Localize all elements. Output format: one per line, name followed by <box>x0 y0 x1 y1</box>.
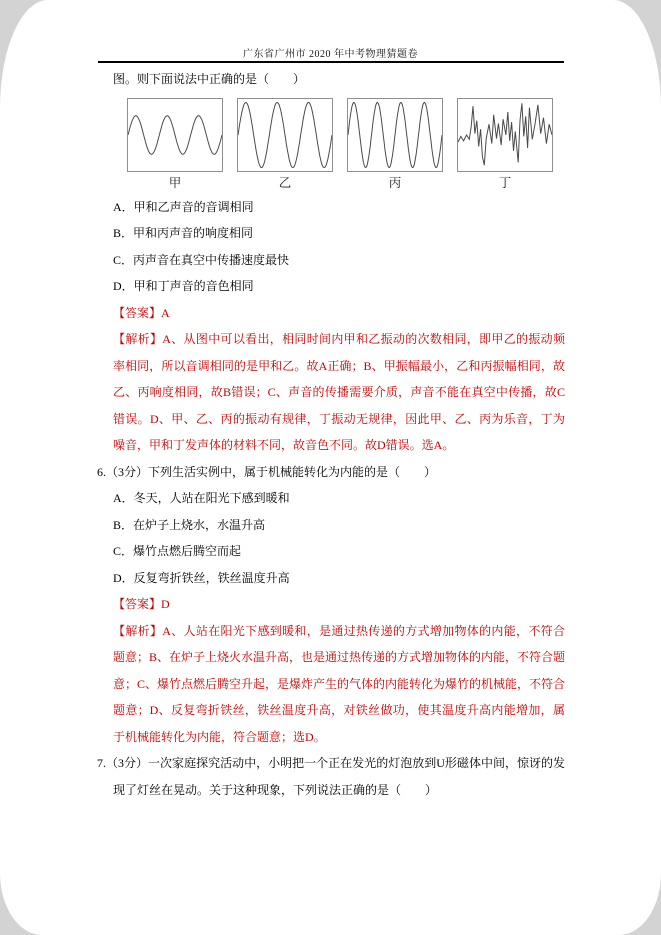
option-item: B．甲和丙声音的响度相同 <box>97 220 565 247</box>
analysis-label: 【解析】 <box>113 624 162 638</box>
waveform-figure: 丙 <box>347 98 443 192</box>
answer-value: D <box>161 597 170 611</box>
question6-options: A．冬天，人站在阳光下感到暖和B．在炉子上烧水，水温升高C．爆竹点燃后腾空而起D… <box>97 485 565 591</box>
waveform-figures: 甲乙丙丁 <box>127 98 565 192</box>
option-item: D．反复弯折铁丝，铁丝温度升高 <box>97 565 565 592</box>
answer-line: 【答案】D <box>97 591 565 618</box>
analysis-label: 【解析】 <box>113 332 162 346</box>
header-divider <box>98 61 564 63</box>
question6-stem: 6.（3分）下列生活实例中，属于机械能转化为内能的是（ ） <box>97 459 565 486</box>
document-content: 图。则下面说法中正确的是（ ） 甲乙丙丁 A．甲和乙声音的音调相同B．甲和丙声音… <box>97 66 565 803</box>
question7-stem: 7.（3分）一次家庭探究活动中，小明把一个正在发光的灯泡放到U形磁体中间，惊讶的… <box>97 750 565 803</box>
analysis-paragraph: 【解析】A、从图中可以看出，相同时间内甲和乙振动的次数相同，即甲乙的振动频率相同… <box>97 326 565 459</box>
question5-stem: 图。则下面说法中正确的是（ ） <box>97 66 565 93</box>
waveform-figure: 甲 <box>127 98 223 192</box>
waveform-label: 丁 <box>457 174 553 192</box>
waveform-box-乙 <box>237 98 333 172</box>
option-item: B．在炉子上烧水，水温升高 <box>97 512 565 539</box>
document-page: 广东省广州市 2020 年中考物理猜题卷 图。则下面说法中正确的是（ ） 甲乙丙… <box>0 0 661 935</box>
option-item: C．丙声音在真空中传播速度最快 <box>97 247 565 274</box>
waveform-figure: 丁 <box>457 98 553 192</box>
option-item: A．甲和乙声音的音调相同 <box>97 194 565 221</box>
document-title: 广东省广州市 2020 年中考物理猜题卷 <box>0 45 661 60</box>
answer-label: 【答案】 <box>113 306 161 320</box>
waveform-label: 丙 <box>347 174 443 192</box>
option-item: D．甲和丁声音的音色相同 <box>97 273 565 300</box>
analysis-text: A、从图中可以看出，相同时间内甲和乙振动的次数相同，即甲乙的振动频率相同，所以音… <box>113 332 565 452</box>
waveform-box-甲 <box>127 98 223 172</box>
waveform-box-丁 <box>457 98 553 172</box>
answer-line: 【答案】A <box>97 300 565 327</box>
option-item: A．冬天，人站在阳光下感到暖和 <box>97 485 565 512</box>
answer-label: 【答案】 <box>113 597 161 611</box>
waveform-label: 甲 <box>127 174 223 192</box>
waveform-label: 乙 <box>237 174 333 192</box>
waveform-figure: 乙 <box>237 98 333 192</box>
option-item: C．爆竹点燃后腾空而起 <box>97 538 565 565</box>
waveform-box-丙 <box>347 98 443 172</box>
question5-options: A．甲和乙声音的音调相同B．甲和丙声音的响度相同C．丙声音在真空中传播速度最快D… <box>97 194 565 300</box>
analysis-paragraph: 【解析】A、人站在阳光下感到暖和，是通过热传递的方式增加物体的内能，不符合题意；… <box>97 618 565 751</box>
answer-value: A <box>161 306 170 320</box>
analysis-text: A、人站在阳光下感到暖和，是通过热传递的方式增加物体的内能，不符合题意；B、在炉… <box>113 624 565 744</box>
